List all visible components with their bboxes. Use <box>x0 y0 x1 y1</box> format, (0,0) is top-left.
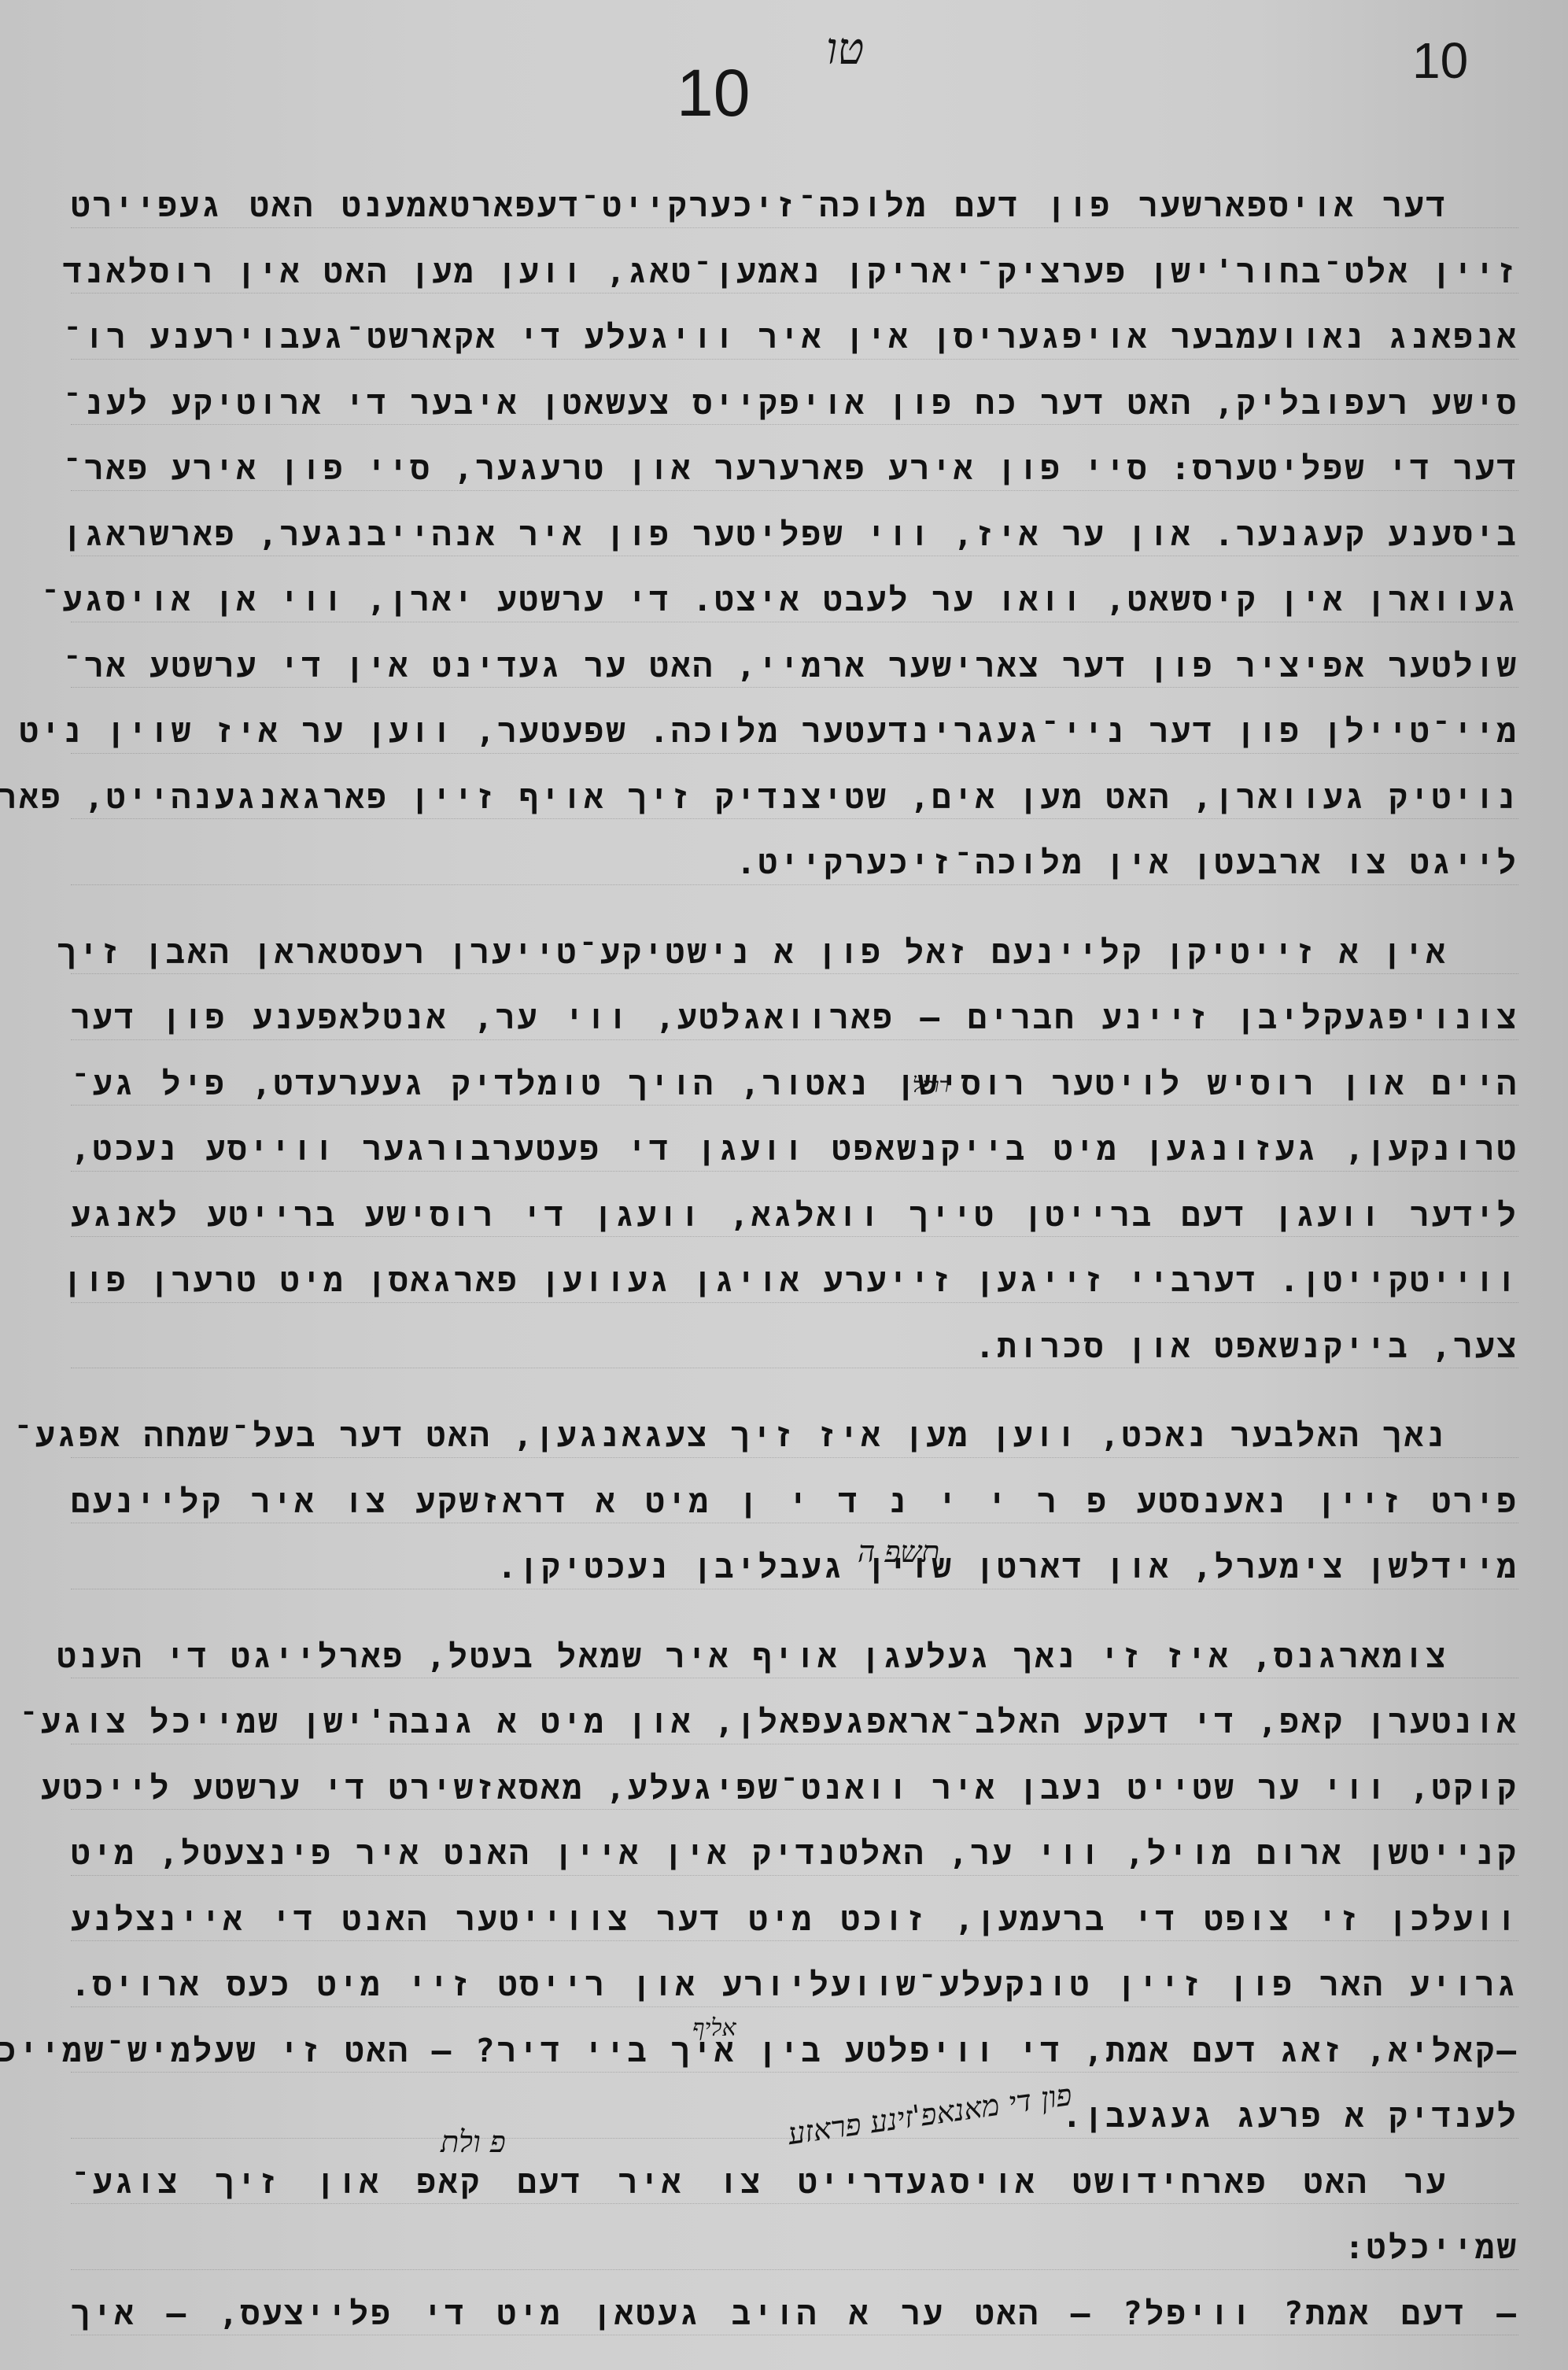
handwritten-note: תשפ ה <box>858 1534 939 1570</box>
handwritten-note: אליף <box>692 2014 736 2042</box>
text-line: גרויע האר פון זיין טונקעלע־שוועליורע און… <box>71 1952 1518 2018</box>
text-line: ביסענע קעגנער. און ער איז, ווי שפליטער פ… <box>71 502 1518 568</box>
text-line: נאך האלבער נאכט, ווען מען איז זיך צעגאנג… <box>71 1403 1518 1469</box>
text-line: צער, בייקנשאפט און סכרות. <box>71 1314 1518 1380</box>
page-number-right: 10 <box>1412 31 1468 90</box>
text-line: – דעם אמת? וויפל? – האט ער א הויב געטאן … <box>71 2281 1518 2347</box>
text-line: –קאליא, זאג דעם אמת, די וויפלטע בין איך … <box>71 2018 1518 2084</box>
text-line: צומארגנס, איז זי נאך געלעגן אויף איר שמא… <box>71 1624 1518 1690</box>
text-line: דער אויספארשער פון דעם מלוכה־זיכערקייט־ד… <box>71 173 1518 239</box>
text-line: מיידלשן צימערל, און דארטן שוין געבליבן נ… <box>71 1534 1518 1600</box>
text-line: אין א זייטיקן קליינעם זאל פון א נישטיקע־… <box>71 920 1518 986</box>
text-line: פירט זיין נאענסטע פ ר י י נ ד י ן מיט א … <box>71 1469 1518 1535</box>
text-line: קנייטשן ארום מויל, ווי ער, האלטנדיק אין … <box>71 1821 1518 1887</box>
handwritten-page-mark: טו <box>826 24 864 75</box>
typewritten-body: דער אויספארשער פון דעם מלוכה־זיכערקייט־ד… <box>71 173 1518 2346</box>
text-line: אנפאנג נאוועמבער אויפגעריסן אין איר וויג… <box>71 305 1518 371</box>
text-line: ער האט פארחידושט אויסגעדרייט צו איר דעם … <box>71 2150 1518 2216</box>
document-page: 10 טו 10 דער אויספארשער פון דעם מלוכה־זי… <box>0 0 1568 2370</box>
text-line: שולטער אפיציר פון דער צארישער ארמיי, האט… <box>71 633 1518 700</box>
text-line: ווייטקייטן. דערביי זייגען זייערע אויגן ג… <box>71 1248 1518 1314</box>
text-line: לייגט צו ארבעטן אין מלוכה־זיכערקייט. <box>71 830 1518 896</box>
text-line: היים און רוסיש לויטער רוסישן נאטור, הויך… <box>71 1051 1518 1117</box>
text-line: אונטערן קאפ, די דעקע האלב־אראפגעפאלן, או… <box>71 1689 1518 1755</box>
text-line: טרונקען, געזונגען מיט בייקנשאפט וועגן די… <box>71 1117 1518 1183</box>
text-line: מיי־טיילן פון דער ניי־געגרינדעטער מלוכה.… <box>71 699 1518 765</box>
text-line: קוקט, ווי ער שטייט נעבן איר וואנט־שפיגעל… <box>71 1755 1518 1822</box>
text-line: לידער וועגן דעם ברייטן טייך וואלגא, וועג… <box>71 1183 1518 1249</box>
page-number-center: 10 <box>677 55 750 131</box>
text-line: געווארן אין קיסשאט, וואו ער לעבט איצט. ד… <box>71 567 1518 633</box>
text-line: דער די שפליטערס: סיי פון אירע פארערער או… <box>71 436 1518 502</box>
text-line: שמייכלט: <box>71 2215 1518 2281</box>
text-line: צונויפגעקליבן זיינע חברים – פארוואגלטע, … <box>71 985 1518 1051</box>
handwritten-note: רוסל <box>913 1074 949 1098</box>
text-line: נויטיק געווארן, האט מען אים, שטיצנדיק זי… <box>71 765 1518 831</box>
text-line: וועלכן זי צופט די ברעמען, זוכט מיט דער צ… <box>71 1887 1518 1953</box>
text-line: זיין אלט־בחור'ישן פערציק־יאריקן נאמען־טא… <box>71 239 1518 305</box>
text-line: סישע רעפובליק, האט דער כח פון אויפקייס צ… <box>71 371 1518 437</box>
handwritten-note: פ ולת <box>441 2125 506 2160</box>
